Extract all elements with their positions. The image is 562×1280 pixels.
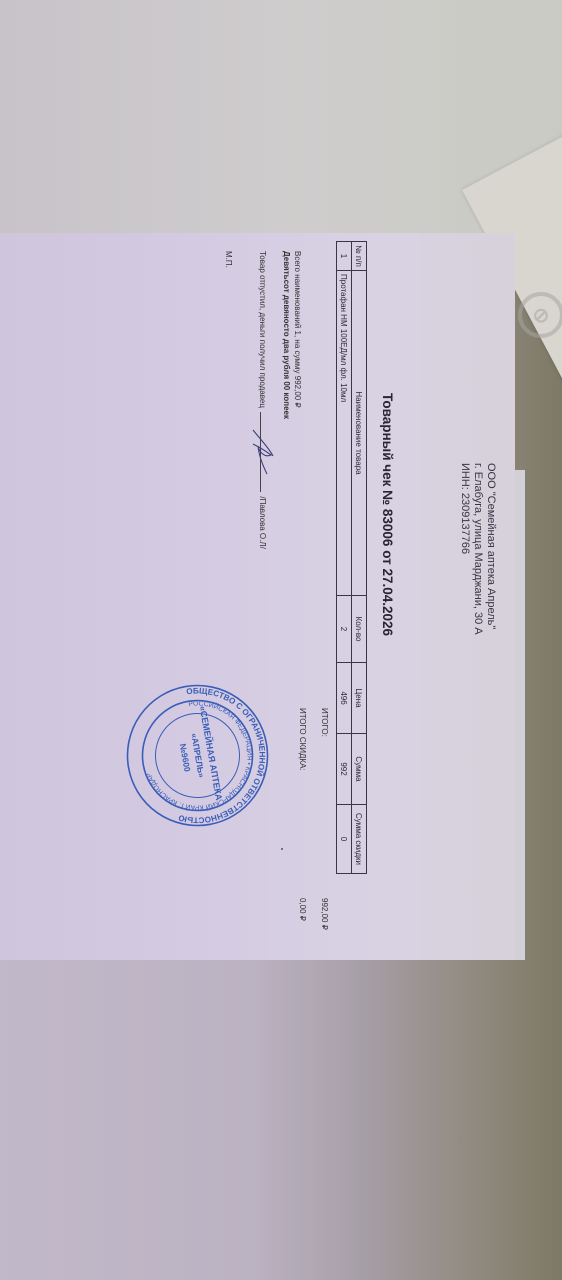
stamp-outer-text: ОБЩЕСТВО С ОГРАНИЧЕННОЙ ОТВЕТСТВЕННОСТЬЮ — [154, 675, 277, 828]
receipt-paper: ООО "Семейная аптека Апрель" г. Елабуга,… — [0, 233, 515, 960]
signature-mark-icon — [249, 422, 275, 482]
total-value: 992,00 ₽ — [320, 898, 329, 930]
table-row: 1 Протафан НМ 100ЕД/мл фл. 10мл 2 496 99… — [337, 242, 352, 874]
signature-prefix: Товар отпустил, деньги получил продавец — [258, 251, 267, 408]
cell-name: Протафан НМ 100ЕД/мл фл. 10мл — [337, 271, 352, 596]
table-header-row: № п/п Наименование товара Кол-во Цена Су… — [352, 242, 367, 874]
header-name: Наименование товара — [352, 271, 367, 596]
summary-block: Всего наименований 1, на сумму 992,00 ₽ … — [281, 251, 303, 419]
cell-quantity: 2 — [337, 596, 352, 663]
signature-line: Товар отпустил, деньги получил продавец … — [258, 251, 267, 549]
company-inn: ИНН: 2309137766 — [458, 463, 471, 635]
summary-line: Всего наименований 1, на сумму 992,00 ₽ — [292, 251, 303, 419]
receipt-title: Товарный чек № 83006 от 27.04.2026 — [380, 393, 395, 636]
paper-speck — [281, 848, 283, 850]
cell-number: 1 — [337, 242, 352, 271]
discount-value: 0,00 ₽ — [298, 898, 307, 921]
amount-in-words: Девятьсот девяносто два рубля 00 копеек — [281, 251, 292, 419]
header-discount: Сумма скидки — [352, 805, 367, 874]
company-header: ООО "Семейная аптека Апрель" г. Елабуга,… — [458, 463, 497, 635]
company-name: ООО "Семейная аптека Апрель" — [484, 463, 497, 635]
total-label: ИТОГО: — [320, 708, 329, 737]
background-logo-icon: ⊘ — [518, 292, 562, 338]
seller-name: /Павлова О.Л/ — [258, 496, 267, 548]
company-address: г. Елабуга, улица Марджани, 30 А — [471, 463, 484, 635]
header-price: Цена — [352, 663, 367, 734]
seal-label: М.П. — [224, 251, 233, 268]
cell-sum: 992 — [337, 734, 352, 805]
company-stamp: ОБЩЕСТВО С ОГРАНИЧЕННОЙ ОТВЕТСТВЕННОСТЬЮ… — [114, 672, 282, 840]
cell-discount: 0 — [337, 805, 352, 874]
signature-field — [260, 412, 261, 492]
stamp-center-line3: №9600 — [178, 743, 193, 773]
header-quantity: Кол-во — [352, 596, 367, 663]
header-number: № п/п — [352, 242, 367, 271]
discount-label: ИТОГО СКИДКА: — [298, 708, 307, 771]
svg-text:ОБЩЕСТВО С ОГРАНИЧЕННОЙ ОТВЕТС: ОБЩЕСТВО С ОГРАНИЧЕННОЙ ОТВЕТСТВЕННОСТЬЮ — [154, 675, 277, 828]
cell-price: 496 — [337, 663, 352, 734]
header-sum: Сумма — [352, 734, 367, 805]
items-table: № п/п Наименование товара Кол-во Цена Су… — [336, 241, 367, 874]
